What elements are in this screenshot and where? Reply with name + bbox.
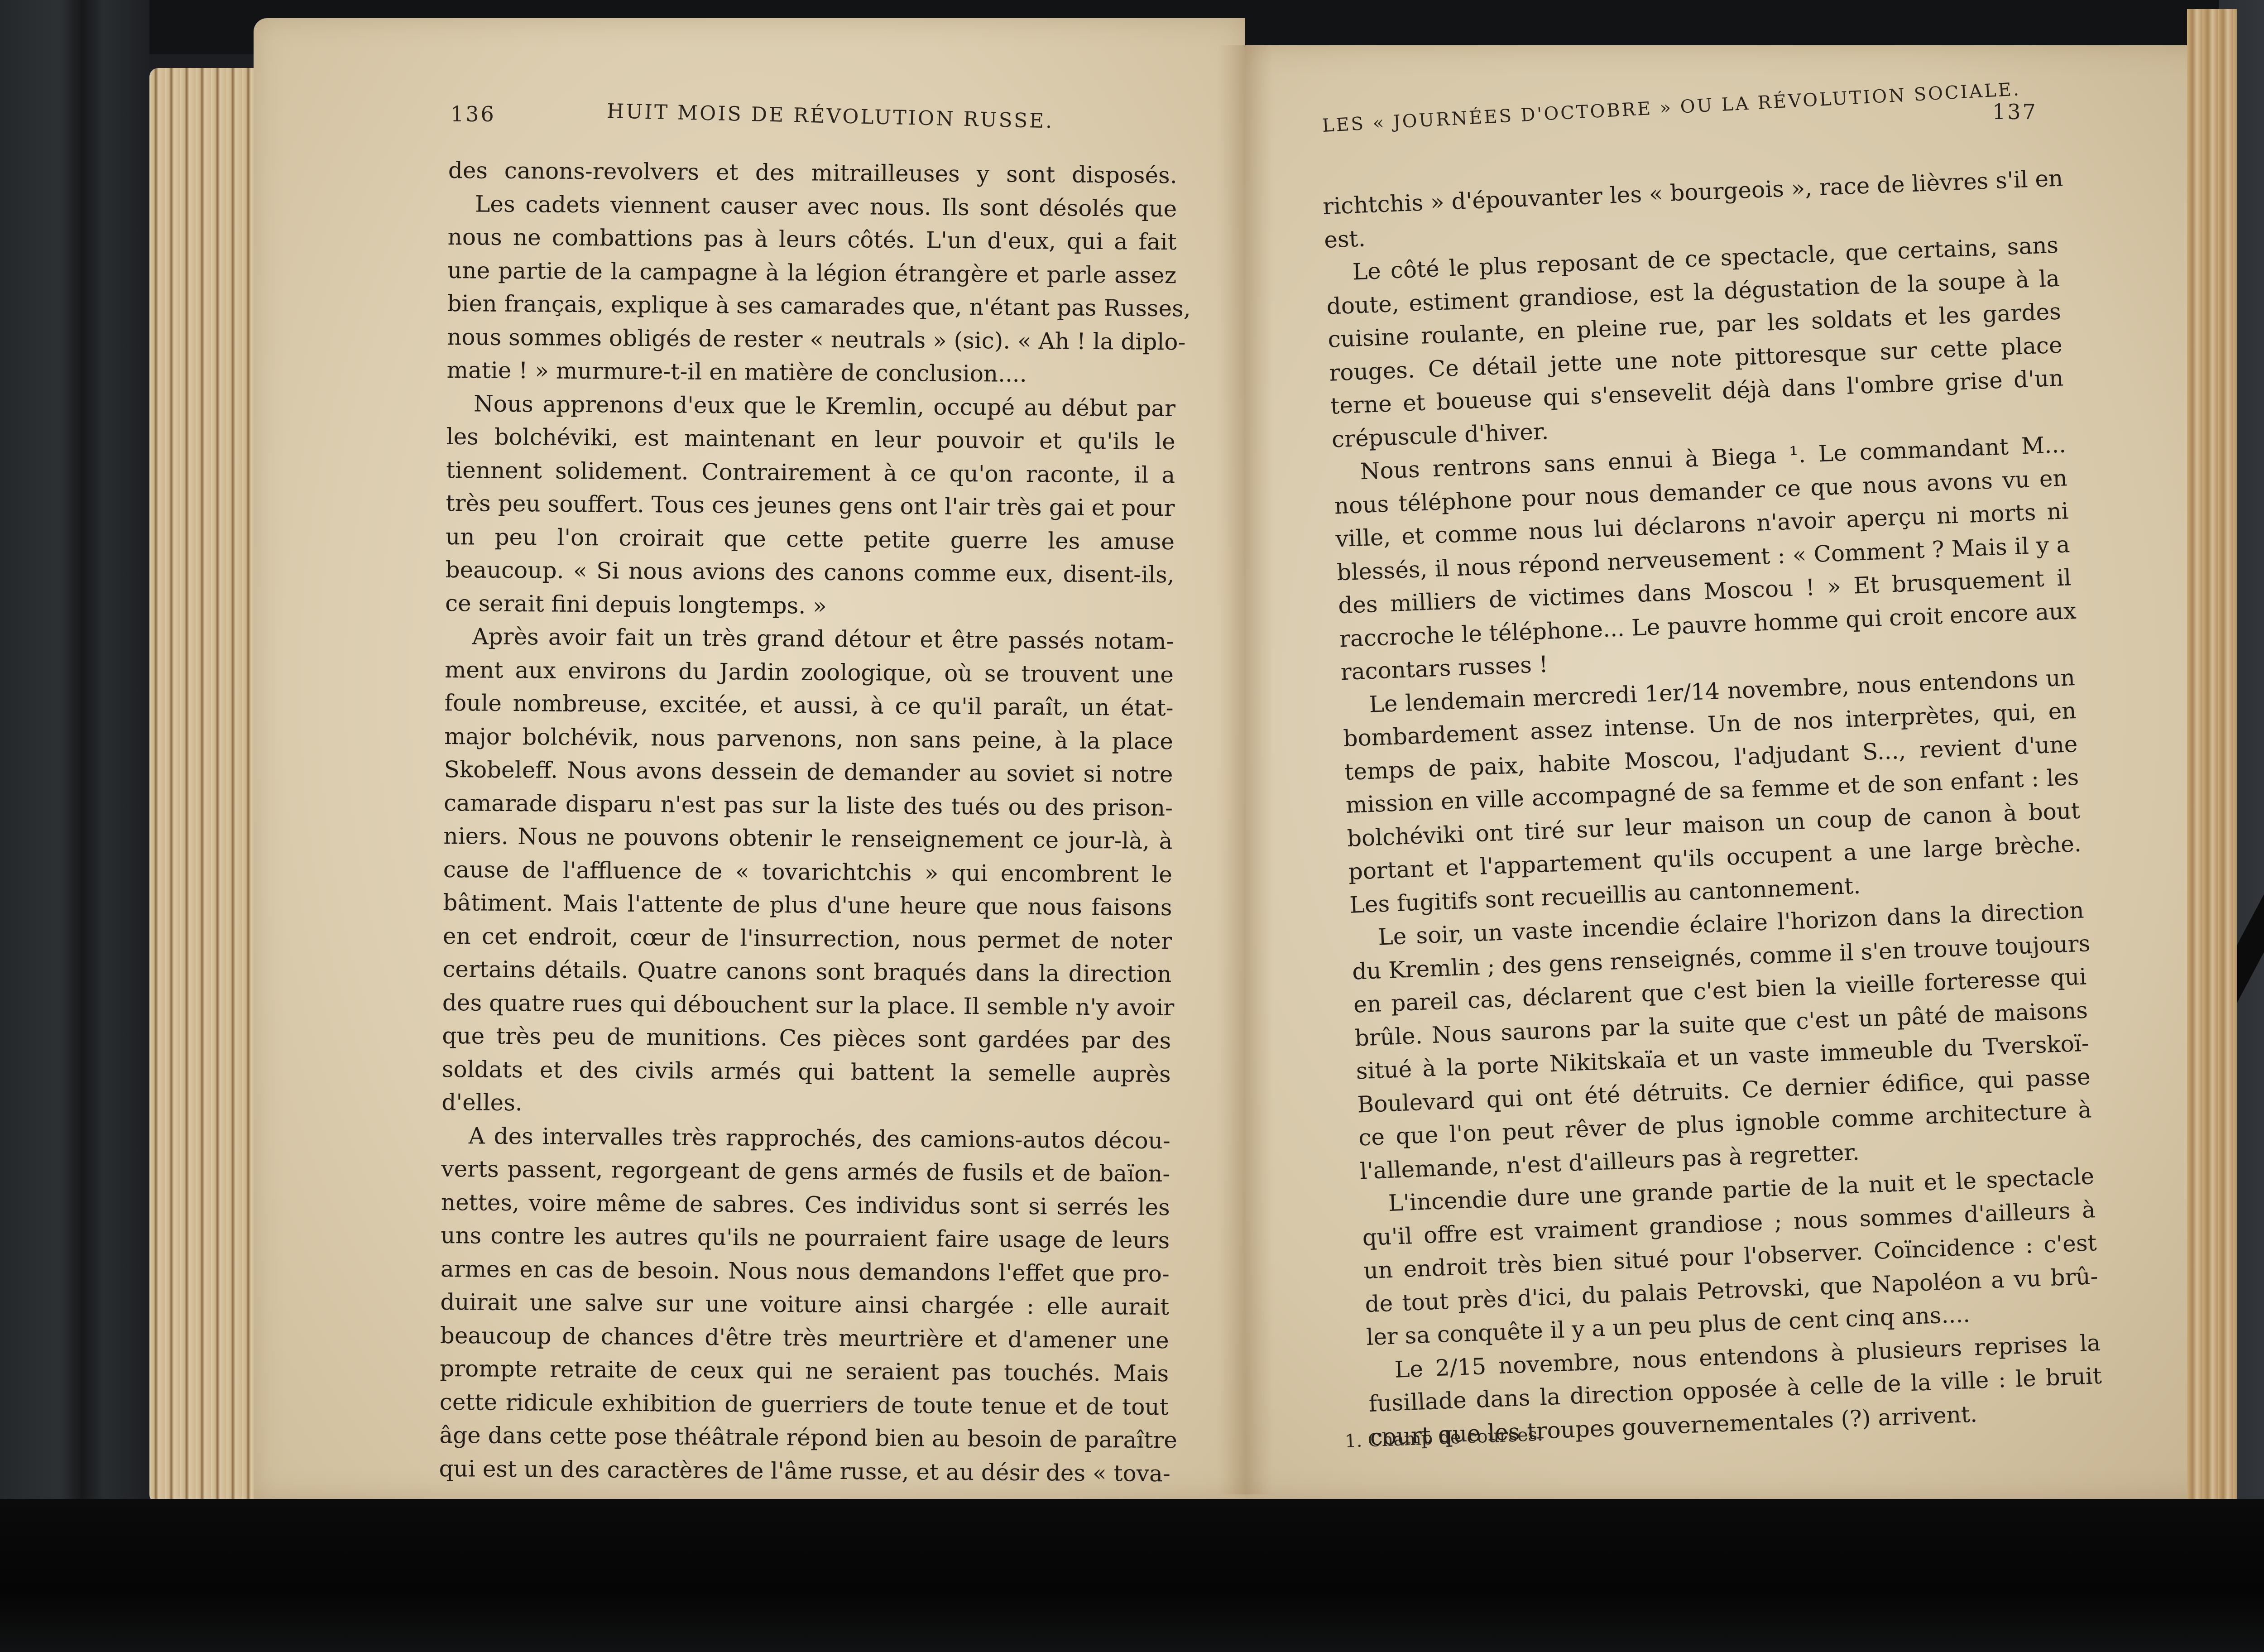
text-line: que très peu de munitions. Ces pièces so… — [442, 1019, 1171, 1058]
book-page-edges-right — [2187, 9, 2237, 1499]
text-line: soldats et des civils armés qui battent … — [442, 1052, 1171, 1091]
right-page-number: 137 — [1992, 100, 2038, 124]
text-line: très peu souffert. Tous ces jeunes gens … — [446, 487, 1175, 525]
text-line: nettes, voire même de sabres. Ces indivi… — [441, 1186, 1170, 1224]
text-line: en cet endroit, cœur de l'insurrection, … — [443, 919, 1172, 958]
text-line: Nous apprenons d'eux que le Kremlin, occ… — [446, 387, 1175, 425]
text-line: camarade disparu n'est pas sur la liste … — [444, 786, 1173, 825]
text-line: nous ne combattions pas à leurs côtés. L… — [447, 221, 1176, 259]
text-line: Les cadets viennent causer avec nous. Il… — [448, 187, 1177, 226]
text-line: verts passent, regorgeant de gens armés … — [441, 1153, 1170, 1191]
text-line: tiennent solidement. Contrairement à ce … — [446, 453, 1175, 492]
text-line: bien français, explique à ses camarades … — [447, 287, 1176, 326]
text-line: beaucoup. « Si nous avions des canons co… — [445, 553, 1174, 592]
text-line: ment aux environs du Jardin zoologique, … — [445, 653, 1174, 692]
text-line: foule nombreuse, excitée, et aussi, à ce… — [444, 687, 1173, 725]
left-page-number: 136 — [451, 102, 496, 126]
text-line: beaucoup de chances d'être très meurtriè… — [440, 1319, 1169, 1357]
text-line: des quatre rues qui débouchent sur la pl… — [442, 986, 1171, 1024]
text-line: prompte retraite de ceux qui ne seraient… — [440, 1352, 1169, 1391]
text-line: A des intervalles très rapprochés, des c… — [441, 1119, 1170, 1157]
left-page-text: des canons-revolvers et des mitrailleuse… — [439, 154, 1177, 1490]
text-line: Après avoir fait un très grand détour et… — [445, 620, 1174, 658]
text-line: Skobeleff. Nous avons dessein de demande… — [444, 753, 1173, 792]
text-line: duirait une salve sur une voiture ainsi … — [440, 1286, 1169, 1324]
text-line: armes en cas de besoin. Nous nous demand… — [441, 1252, 1170, 1291]
text-line: certains détails. Quatre canons sont bra… — [442, 953, 1171, 991]
text-line: ce serait fini depuis longtemps. » — [445, 586, 1174, 625]
text-line: un peu l'on croirait que cette petite gu… — [446, 520, 1175, 558]
display-case-frame-left — [0, 0, 149, 1503]
text-line: âge dans cette pose théâtrale répond bie… — [439, 1419, 1168, 1457]
text-line: qui est un des caractères de l'âme russe… — [439, 1452, 1168, 1490]
text-line: uns contre les autres qu'ils ne pourraie… — [441, 1219, 1170, 1258]
text-line: matie ! » murmure-t-il en matière de con… — [446, 354, 1175, 392]
text-line: niers. Nous ne pouvons obtenir le rensei… — [443, 820, 1172, 858]
text-line: des canons-revolvers et des mitrailleuse… — [448, 154, 1177, 192]
text-line: major bolchévik, nous parvenons, non san… — [444, 720, 1173, 758]
text-line: bâtiment. Mais l'attente de plus d'une h… — [443, 886, 1172, 925]
text-line: cause de l'affluence de « tovarichtchis … — [443, 853, 1172, 891]
display-case-bottom-ledge — [0, 1499, 2264, 1652]
right-page-text: richtchis » d'épouvanter les « bourgeois… — [1322, 162, 2104, 1454]
text-line: une partie de la campagne à la légion ét… — [447, 254, 1176, 292]
book-page-edges-left — [149, 68, 267, 1503]
text-line: les bolchéviki, est maintenant en leur p… — [446, 420, 1175, 459]
text-line: cette ridicule exhibition de guerriers d… — [440, 1385, 1169, 1424]
text-line: d'elles. — [441, 1086, 1170, 1124]
book-gutter — [1218, 45, 1272, 1494]
text-line: nous sommes obligés de rester « neutrals… — [447, 320, 1176, 359]
